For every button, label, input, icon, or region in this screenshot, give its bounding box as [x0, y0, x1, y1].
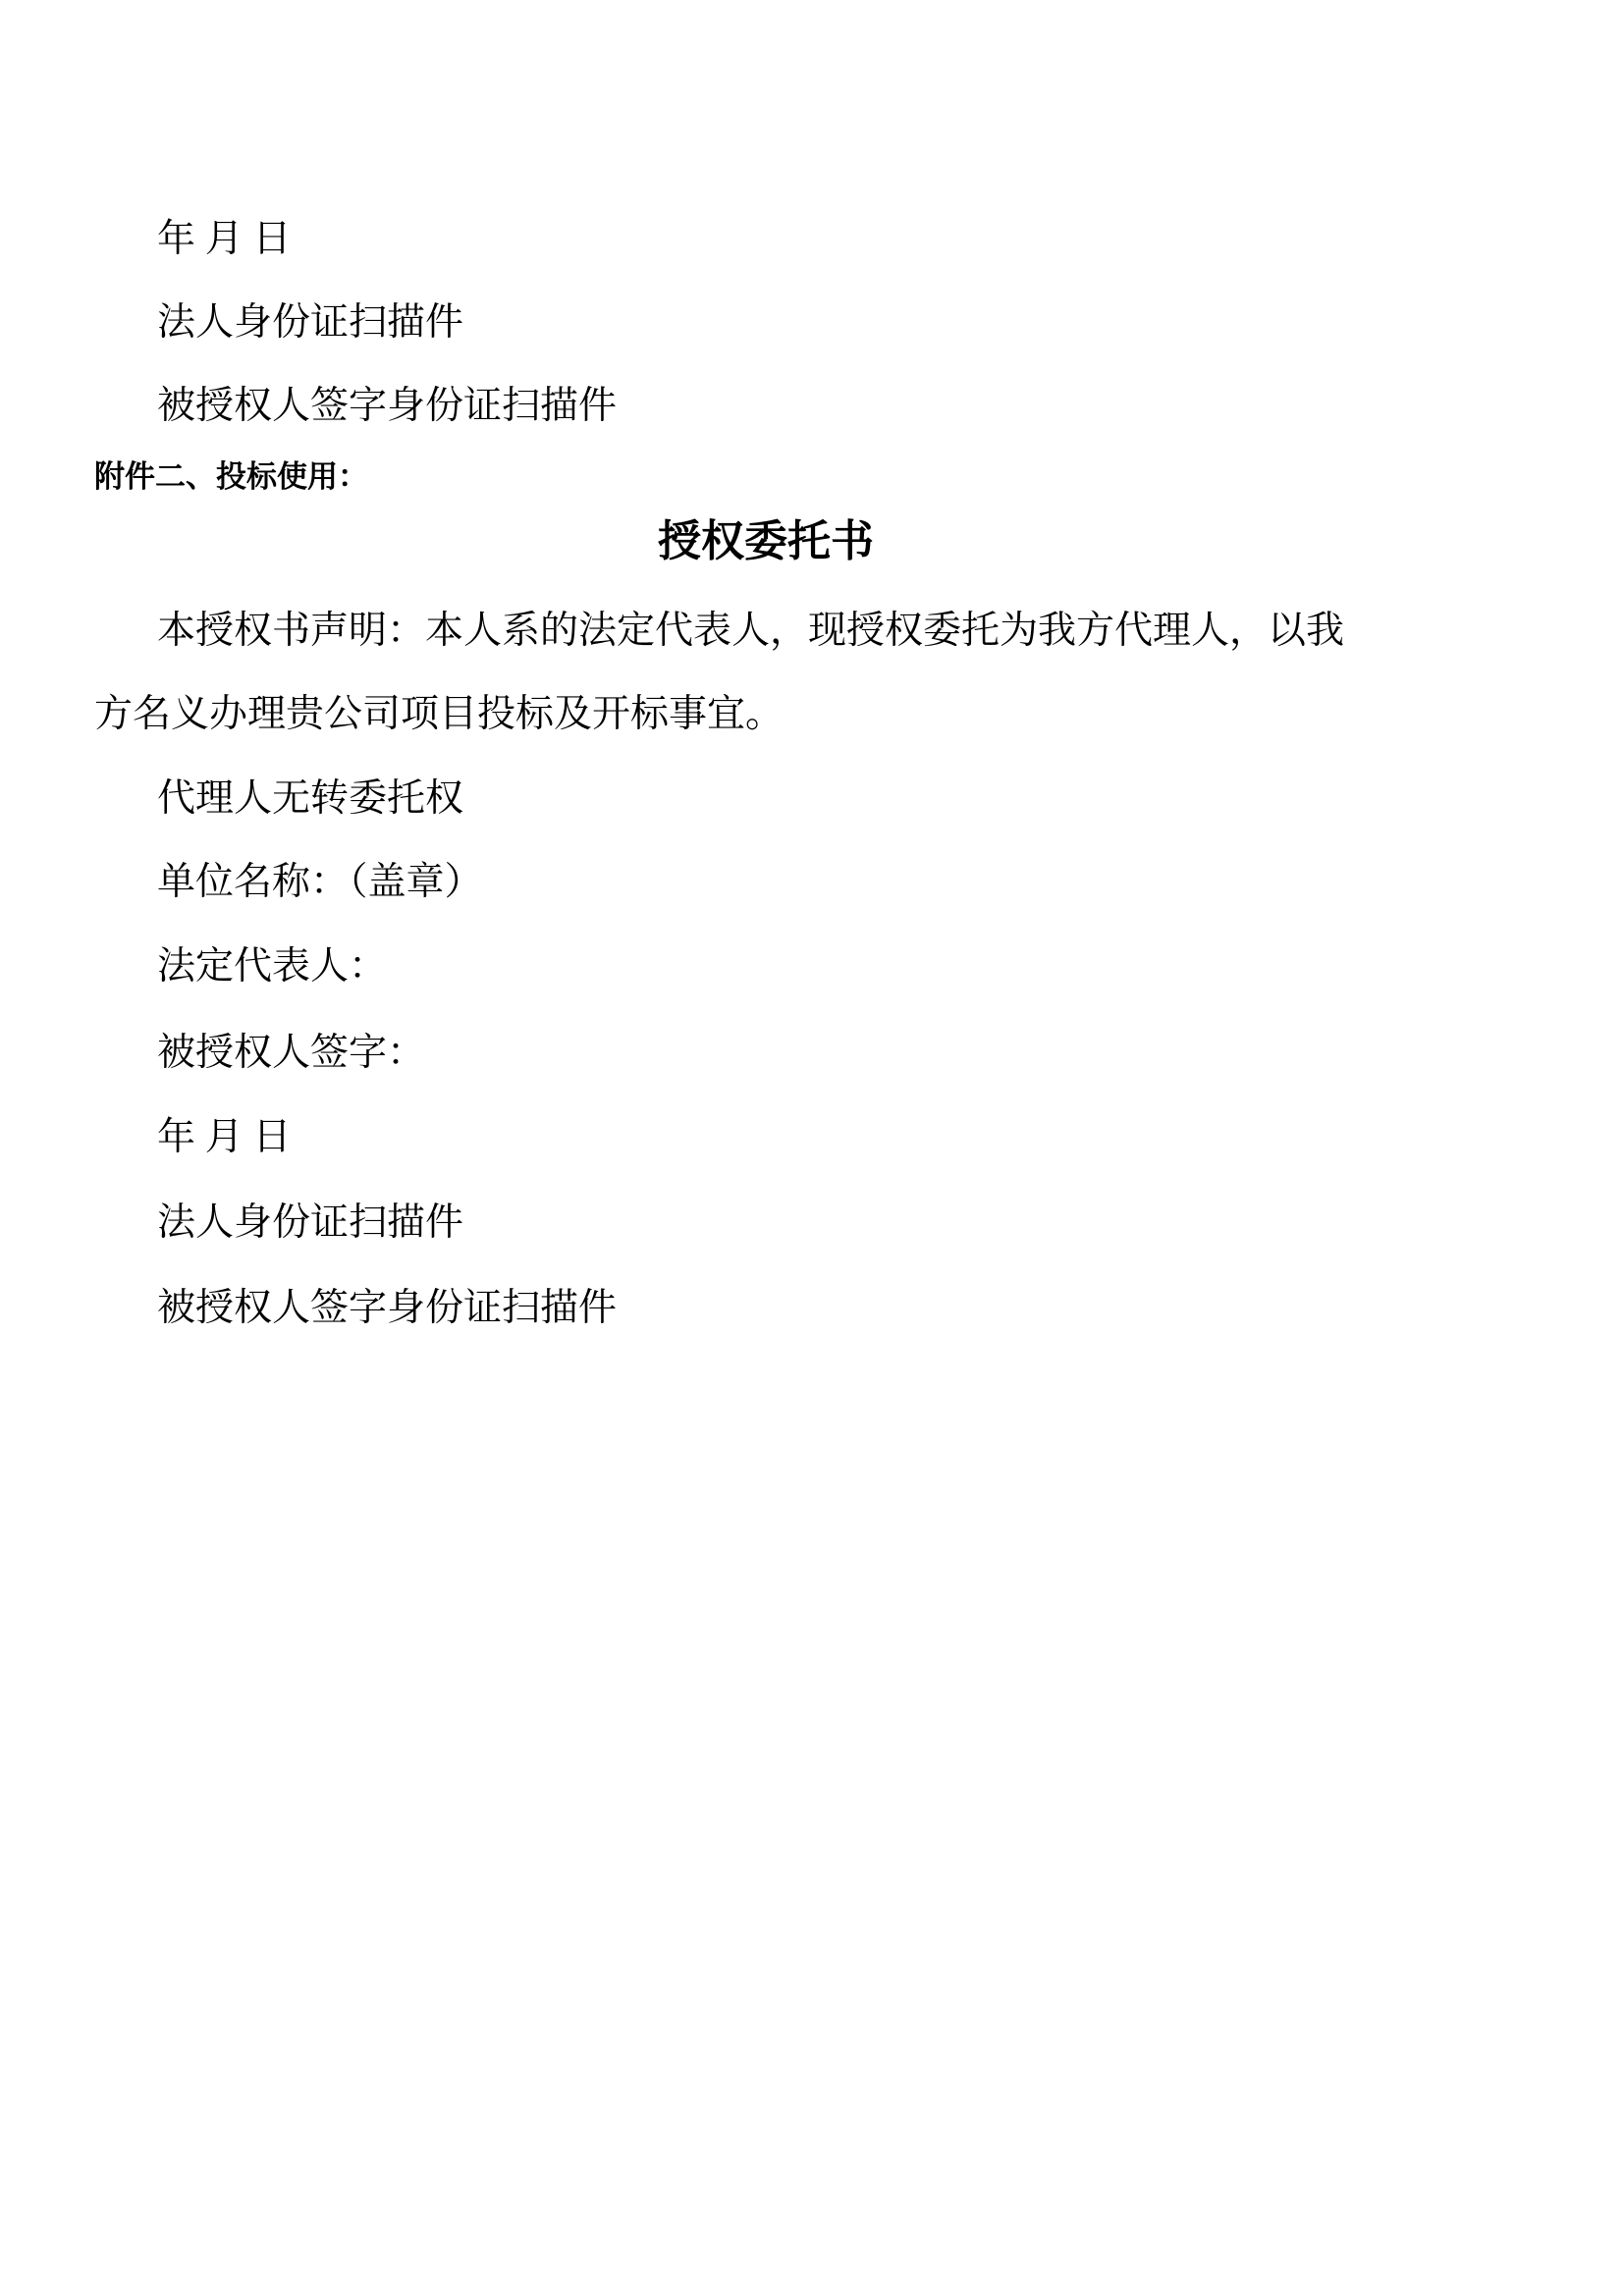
legal-representative-line: 法定代表人：: [157, 947, 387, 986]
date-line: 年 月 日: [157, 220, 292, 258]
authorized-signature-line: 被授权人签字：: [157, 1034, 425, 1072]
date-line: 年 月 日: [157, 1118, 292, 1156]
company-name-line: 单位名称：（盖章）: [157, 863, 483, 901]
document-title: 授权委托书: [95, 520, 1436, 563]
legal-id-scan-line: 法人身份证扫描件: [157, 303, 463, 342]
document-page: 年 月 日 法人身份证扫描件 被授权人签字身份证扫描件 附件二、投标使用： 授权…: [0, 0, 1624, 2296]
statement-line-1: 本授权书声明：本人系的法定代表人，现授权委托为我方代理人，以我: [157, 612, 1344, 650]
legal-id-scan-line: 法人身份证扫描件: [157, 1203, 463, 1242]
no-subdelegation-line: 代理人无转委托权: [157, 779, 463, 818]
annex-heading: 附件二、投标使用：: [94, 461, 368, 492]
statement-line-2: 方名义办理贵公司项目投标及开标事宜。: [94, 695, 784, 733]
authorized-id-scan-line: 被授权人签字身份证扫描件: [157, 1289, 617, 1327]
authorized-id-scan-line: 被授权人签字身份证扫描件: [157, 387, 617, 425]
